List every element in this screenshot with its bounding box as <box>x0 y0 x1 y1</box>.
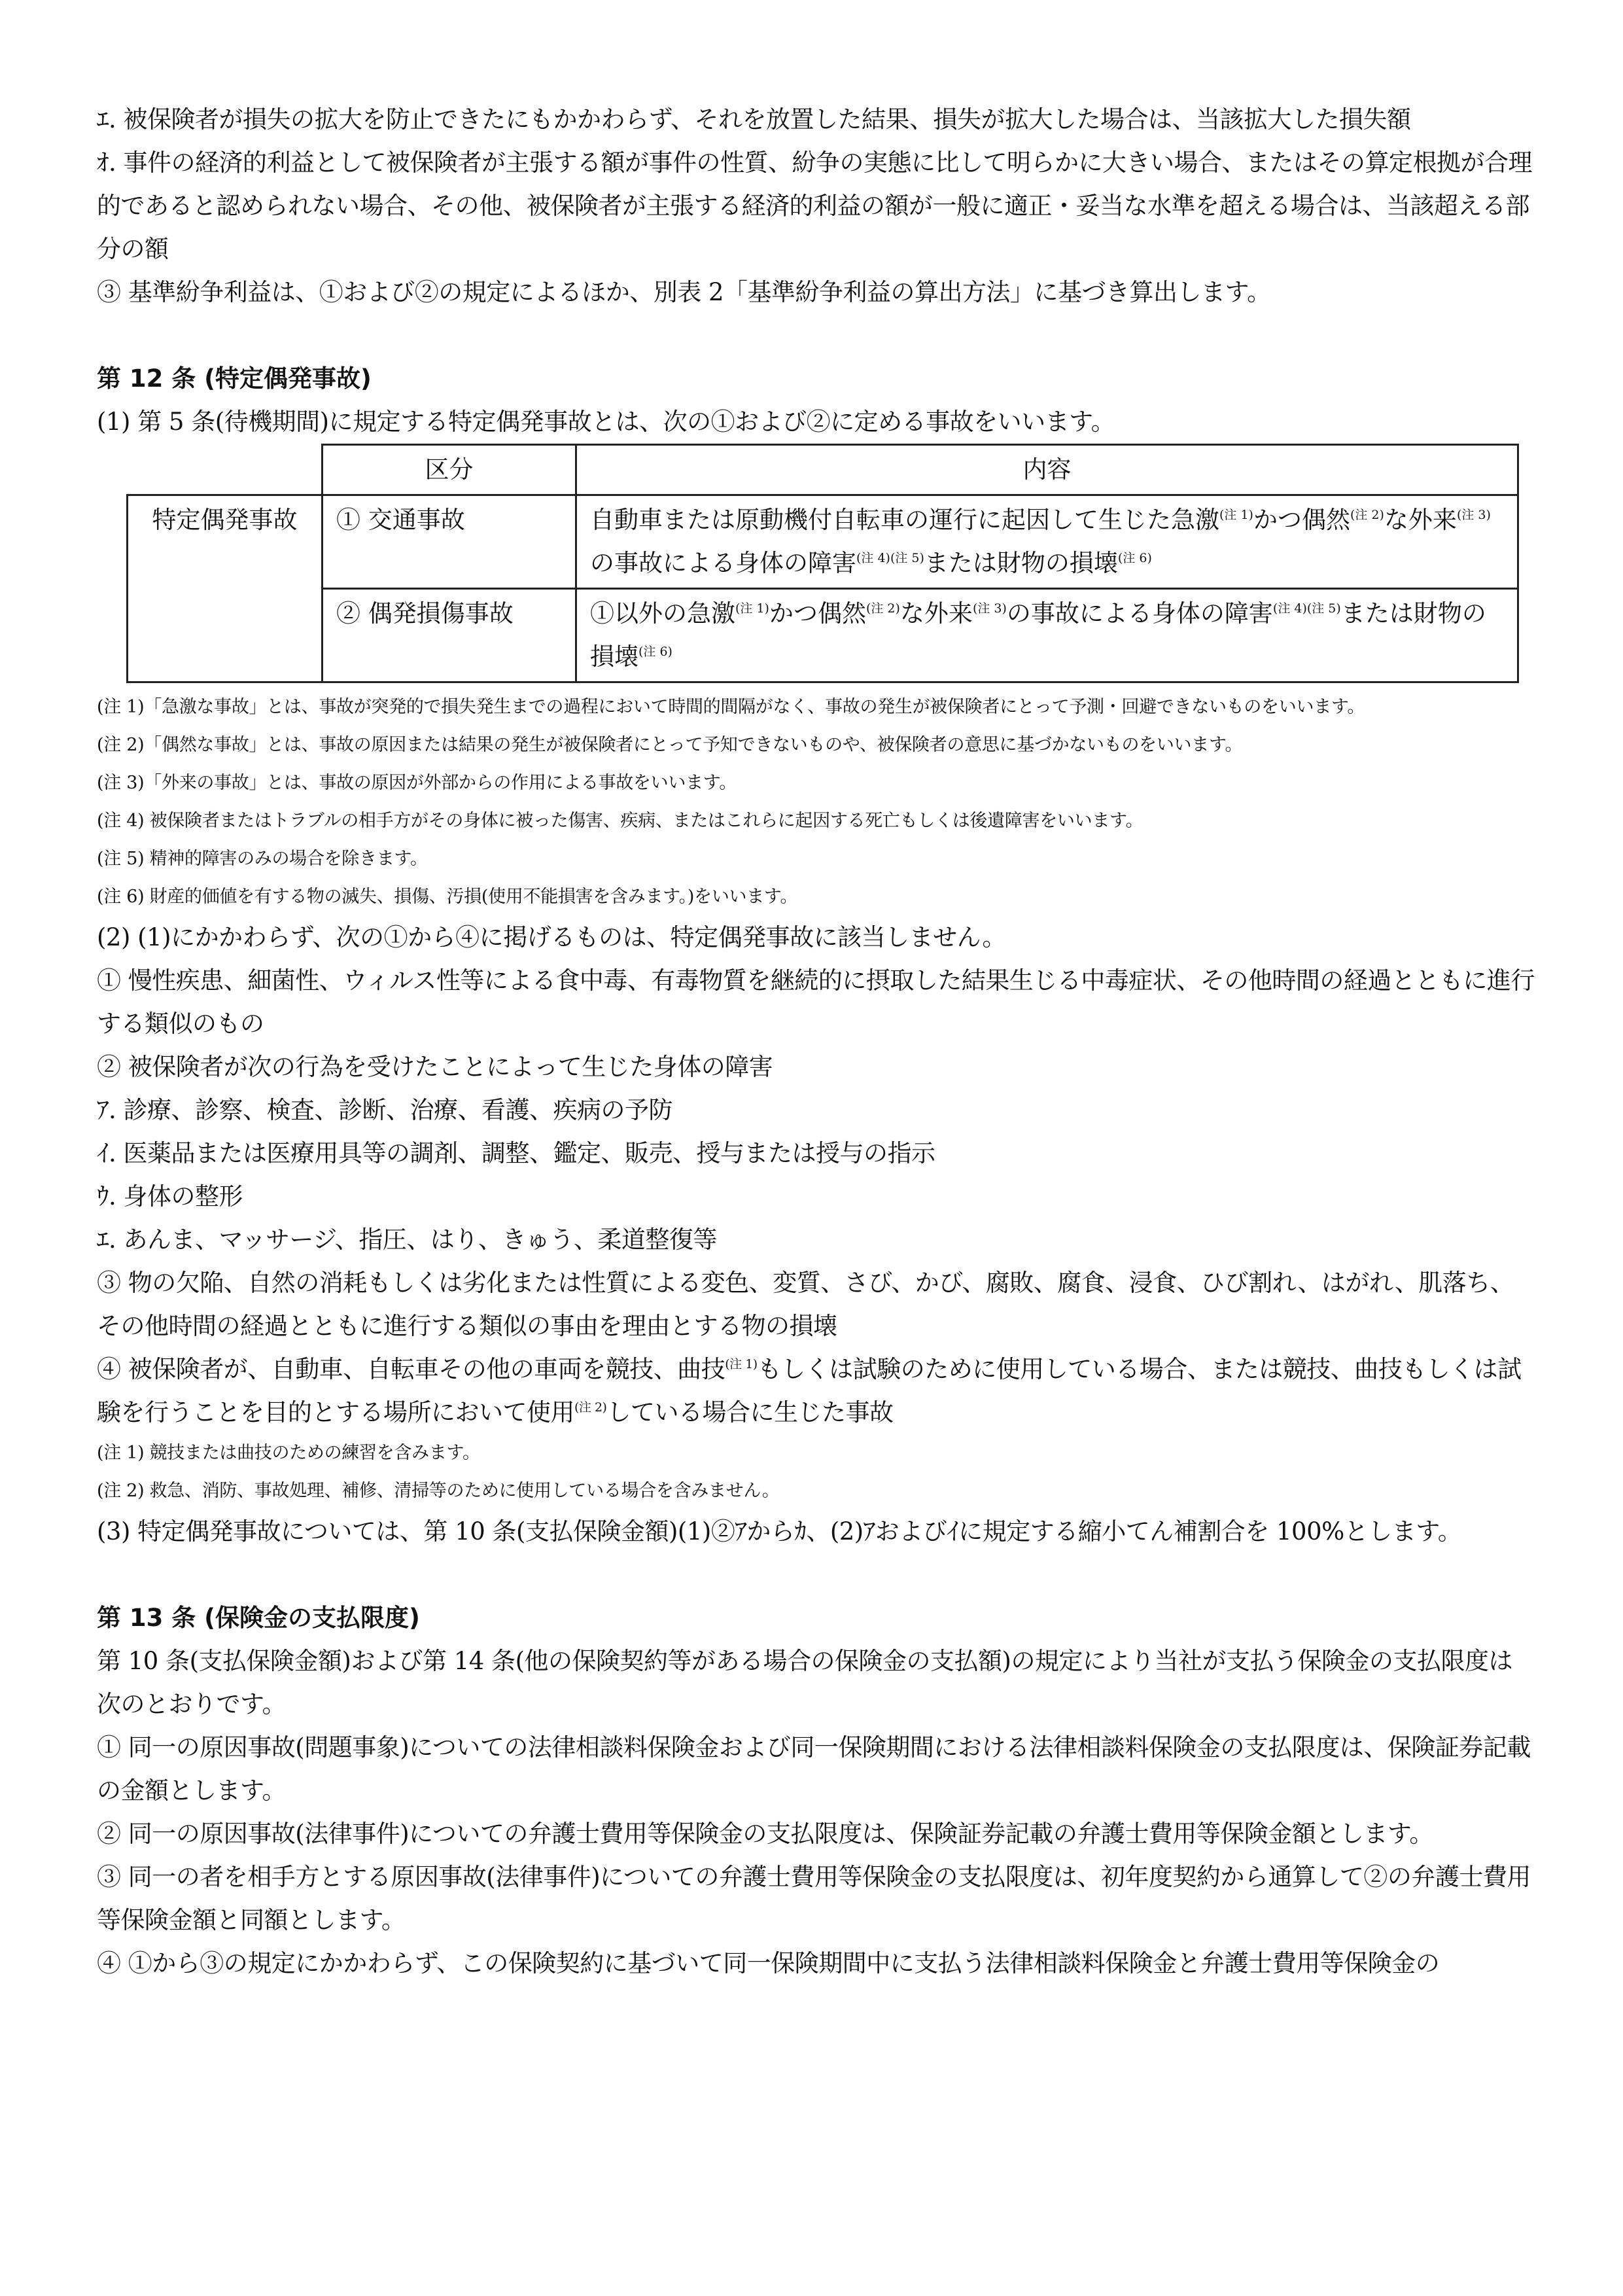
note-4: (注 4) 被保険者またはトラブルの相手方がその身体に被った傷害、疾病、またはこ… <box>97 802 1536 840</box>
exclusion-2-sub-a: ｱ. 診療、診察、検査、診断、治療、看護、疾病の予防 <box>97 1089 1536 1132</box>
content-text: かつ偶然 <box>1253 506 1350 534</box>
table-row-category: ① 交通事故 <box>323 495 576 589</box>
content-text: の事故による身体の障害 <box>1007 599 1273 627</box>
table-header-row: 区分 内容 <box>128 445 1518 495</box>
content-text: の事故による身体の障害 <box>590 549 856 577</box>
exclusion-note-1: (注 1) 競技または曲技のための練習を含みます。 <box>97 1434 1536 1472</box>
note-ref: (注 4)(注 5) <box>856 551 924 565</box>
table-header-category: 区分 <box>323 445 576 495</box>
table-notes: (注 1)「急激な事故」とは、事故が突発的で損失発生までの過程において時間的間隔… <box>97 688 1536 916</box>
exclusion-4-text: している場合に生じた事故 <box>606 1398 893 1426</box>
table-corner-cell <box>128 445 323 495</box>
article-13-heading: 第 13 条 (保険金の支払限度) <box>97 1597 1536 1640</box>
content-text: な外来 <box>1384 506 1457 534</box>
article-13-intro: 第 10 条(支払保険金額)および第 14 条(他の保険契約等がある場合の保険金… <box>97 1640 1536 1726</box>
exclusion-1: ① 慢性疾患、細菌性、ウィルス性等による食中毒、有毒物質を継続的に摂取した結果生… <box>97 959 1536 1046</box>
note-ref: (注 4)(注 5) <box>1273 601 1341 616</box>
clause-item-3: ③ 基準紛争利益は、①および②の規定によるほか、別表 2「基準紛争利益の算出方法… <box>97 271 1536 314</box>
exclusion-2-sub-e: ｴ. あんま、マッサージ、指圧、はり、きゅう、柔道整復等 <box>97 1218 1536 1262</box>
table-row-content: 自動車または原動機付自転車の運行に起因して生じた急激(注 1)かつ偶然(注 2)… <box>576 495 1518 589</box>
note-5: (注 5) 精神的障害のみの場合を除きます。 <box>97 840 1536 878</box>
table-row-content: ①以外の急激(注 1)かつ偶然(注 2)な外来(注 3)の事故による身体の障害(… <box>576 589 1518 682</box>
note-ref: (注 3) <box>1457 508 1491 522</box>
limit-item-4: ④ ①から③の規定にかかわらず、この保険契約に基づいて同一保険期間中に支払う法律… <box>97 1942 1536 1985</box>
article-12-para-3: (3) 特定偶発事故については、第 10 条(支払保険金額)(1)②ｱからｶ、(… <box>97 1510 1536 1553</box>
content-text: な外来 <box>900 599 973 627</box>
note-3: (注 3)「外来の事故」とは、事故の原因が外部からの作用による事故をいいます。 <box>97 764 1536 802</box>
note-ref: (注 1) <box>725 1357 757 1371</box>
note-ref: (注 1) <box>735 601 769 616</box>
article-12-heading: 第 12 条 (特定偶発事故) <box>97 357 1536 400</box>
exclusion-2: ② 被保険者が次の行為を受けたことによって生じた身体の障害 <box>97 1046 1536 1089</box>
clause-item-e: ｴ. 被保険者が損失の拡大を防止できたにもかかわらず、それを放置した結果、損失が… <box>97 98 1536 141</box>
table-row: ② 偶発損傷事故 ①以外の急激(注 1)かつ偶然(注 2)な外来(注 3)の事故… <box>128 589 1518 682</box>
table-row-category: ② 偶発損傷事故 <box>323 589 576 682</box>
note-2: (注 2)「偶然な事故」とは、事故の原因または結果の発生が被保険者にとって予知で… <box>97 726 1536 764</box>
note-ref: (注 2) <box>866 601 900 616</box>
limit-item-1: ① 同一の原因事故(問題事象)についての法律相談料保険金および同一保険期間におけ… <box>97 1726 1536 1812</box>
content-text: かつ偶然 <box>769 599 866 627</box>
note-ref: (注 1) <box>1219 508 1253 522</box>
note-ref: (注 6) <box>1118 551 1152 565</box>
article-12-para-2: (2) (1)にかかわらず、次の①から④に掲げるものは、特定偶発事故に該当しませ… <box>97 916 1536 959</box>
limit-item-3: ③ 同一の者を相手方とする原因事故(法律事件)についての弁護士費用等保険金の支払… <box>97 1856 1536 1942</box>
exclusion-2-sub-u: ｳ. 身体の整形 <box>97 1175 1536 1218</box>
note-ref: (注 3) <box>973 601 1007 616</box>
exclusion-4-text: ④ 被保険者が、自動車、自転車その他の車両を競技、曲技 <box>97 1355 725 1383</box>
article-12-para-1: (1) 第 5 条(待機期間)に規定する特定偶発事故とは、次の①および②に定める… <box>97 400 1536 444</box>
note-1: (注 1)「急激な事故」とは、事故が突発的で損失発生までの過程において時間的間隔… <box>97 688 1536 726</box>
table-group-label: 特定偶発事故 <box>128 495 323 682</box>
content-text: または財物の損壊 <box>924 549 1118 577</box>
exclusion-2-sub-i: ｲ. 医薬品または医療用具等の調剤、調整、鑑定、販売、授与または授与の指示 <box>97 1132 1536 1175</box>
note-ref: (注 6) <box>638 645 672 659</box>
exclusion-4: ④ 被保険者が、自動車、自転車その他の車両を競技、曲技(注 1)もしくは試験のた… <box>97 1348 1536 1434</box>
content-text: 自動車または原動機付自転車の運行に起因して生じた急激 <box>590 506 1219 534</box>
exclusion-3: ③ 物の欠陥、自然の消耗もしくは劣化または性質による変色、変質、さび、かび、腐敗… <box>97 1262 1536 1348</box>
table-row: 特定偶発事故 ① 交通事故 自動車または原動機付自転車の運行に起因して生じた急激… <box>128 495 1518 589</box>
note-ref: (注 2) <box>1350 508 1384 522</box>
limit-item-2: ② 同一の原因事故(法律事件)についての弁護士費用等保険金の支払限度は、保険証券… <box>97 1812 1536 1856</box>
clause-item-o: ｵ. 事件の経済的利益として被保険者が主張する額が事件の性質、紛争の実態に比して… <box>97 141 1536 271</box>
content-text: ①以外の急激 <box>590 599 735 627</box>
table-header-content: 内容 <box>576 445 1518 495</box>
accident-definition-table: 区分 内容 特定偶発事故 ① 交通事故 自動車または原動機付自転車の運行に起因し… <box>126 444 1519 683</box>
note-6: (注 6) 財産的価値を有する物の滅失、損傷、汚損(使用不能損害を含みます。)を… <box>97 878 1536 916</box>
document-page: ｴ. 被保険者が損失の拡大を防止できたにもかかわらず、それを放置した結果、損失が… <box>97 98 1536 1985</box>
note-ref: (注 2) <box>574 1400 606 1415</box>
exclusion-note-2: (注 2) 救急、消防、事故処理、補修、清掃等のために使用している場合を含みませ… <box>97 1472 1536 1510</box>
